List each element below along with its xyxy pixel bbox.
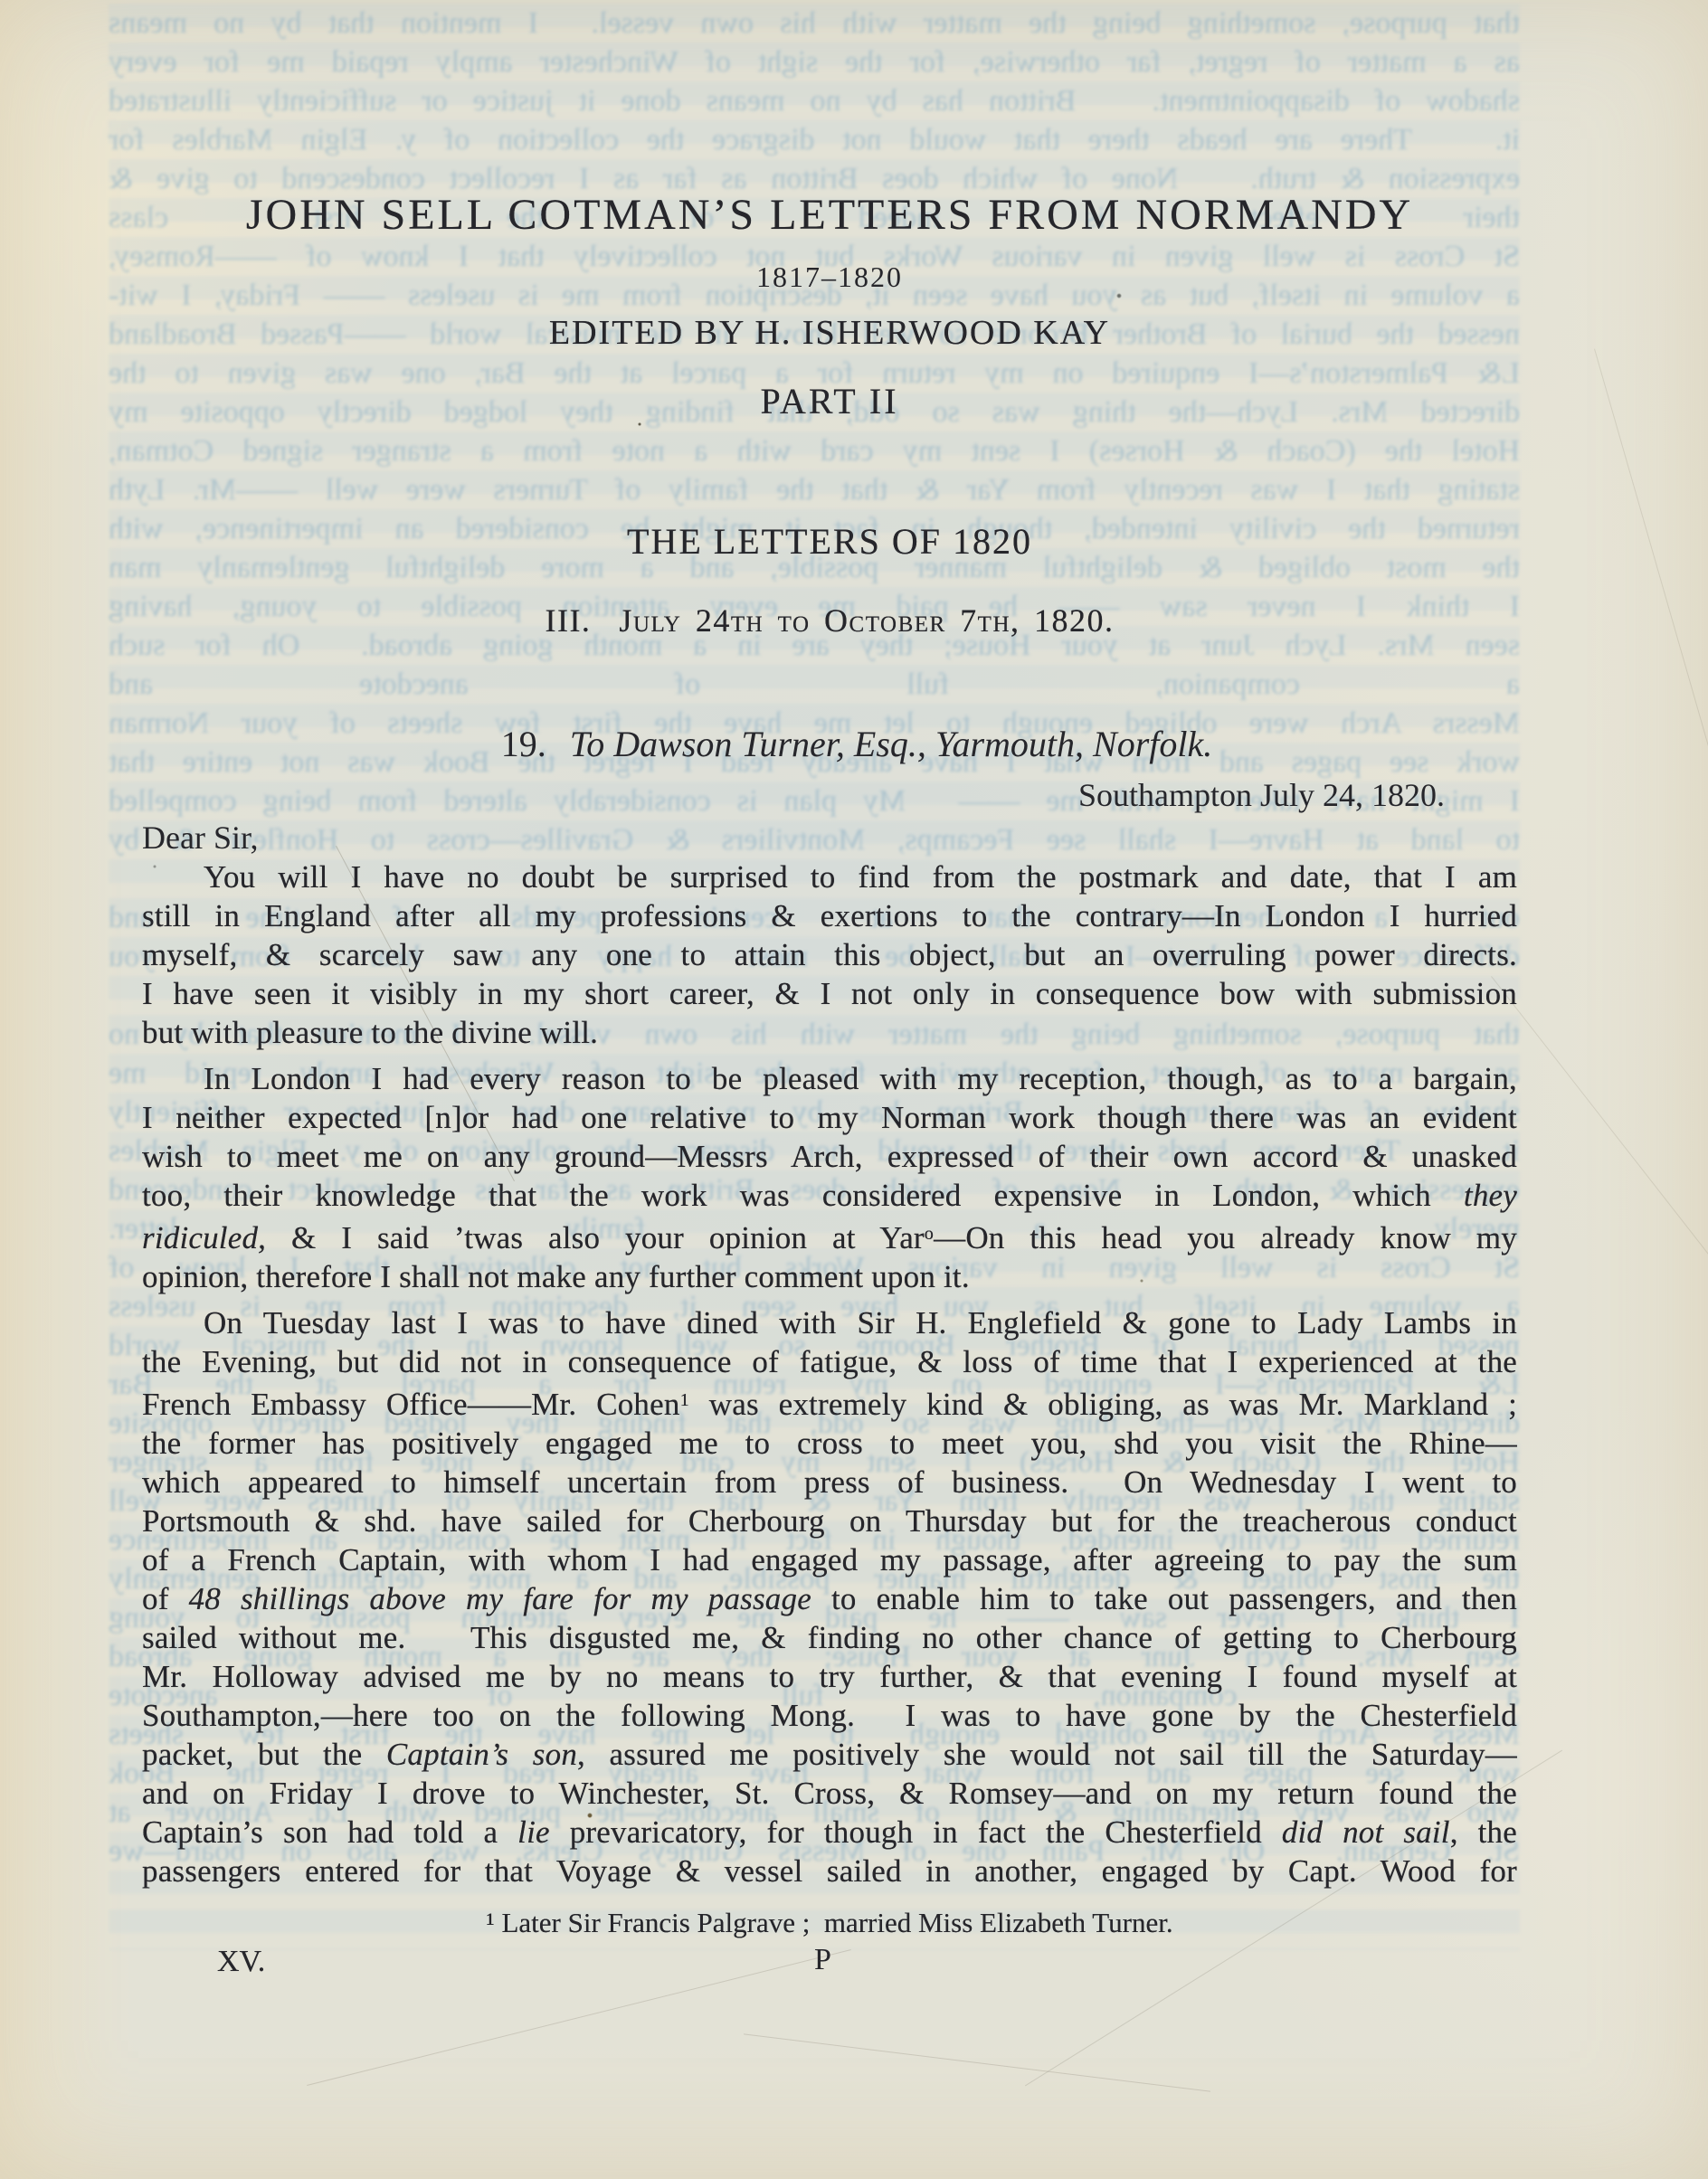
text-run: 48 shillings above my fare for my passag… bbox=[189, 1581, 811, 1616]
letter-line: too, their knowledge that the work was c… bbox=[142, 1176, 1517, 1215]
letter-line: French Embassy Office——Mr. Cohen1 was ex… bbox=[142, 1381, 1517, 1424]
text-run: French Embassy Office——Mr. Cohen bbox=[142, 1387, 680, 1422]
text-run: , assured me positively she would not sa… bbox=[577, 1737, 1517, 1772]
text-run: Portsmouth & shd. have sailed for Cherbo… bbox=[142, 1503, 1517, 1539]
letter-line: the former has positively engaged me to … bbox=[142, 1424, 1517, 1463]
text-run: and on Friday I drove to Winchester, St.… bbox=[142, 1776, 1517, 1811]
letter-line: still in England after all my profession… bbox=[142, 896, 1517, 935]
letter-line: On Tuesday last I was to have dined with… bbox=[142, 1303, 1517, 1342]
letter-line: sailed without me. This disgusted me, & … bbox=[142, 1618, 1517, 1657]
letter-body: You will I have no doubt be surprised to… bbox=[142, 857, 1517, 1898]
text-run: In London I had every reason to be pleas… bbox=[204, 1061, 1517, 1096]
text-run: too, their knowledge that the work was c… bbox=[142, 1178, 1464, 1213]
date-range-heading: 1817–1820 bbox=[142, 261, 1517, 294]
text-run: but with pleasure to the divine will. bbox=[142, 1015, 598, 1050]
letter-line: of a French Captain, with whom I had eng… bbox=[142, 1540, 1517, 1579]
text-run: & I said ’twas also your opinion at Yar bbox=[266, 1220, 925, 1255]
letter-line: packet, but the Captain’s son, assured m… bbox=[142, 1735, 1517, 1774]
text-run: passengers entered for that Voyage & ves… bbox=[142, 1853, 1517, 1889]
text-run: Southampton,—here too on the following M… bbox=[142, 1698, 1517, 1733]
text-run: the former has positively engaged me to … bbox=[142, 1426, 1517, 1461]
letter-line: I have seen it visibly in my short caree… bbox=[142, 974, 1517, 1013]
text-run: Captain’s son bbox=[386, 1737, 577, 1772]
letter-line: myself, & scarcely saw any one to attain… bbox=[142, 935, 1517, 974]
letter-line: which appeared to himself uncertain from… bbox=[142, 1463, 1517, 1502]
editor-heading: EDITED BY H. ISHERWOOD KAY bbox=[142, 313, 1517, 353]
letter-line: Mr. Holloway advised me by no means to t… bbox=[142, 1657, 1517, 1696]
text-run: wish to meet me on any ground—Messrs Arc… bbox=[142, 1139, 1517, 1174]
text-run: I have seen it visibly in my short caree… bbox=[142, 976, 1517, 1011]
text-run: I neither expected [n]or had one relativ… bbox=[142, 1100, 1517, 1135]
superscript: o bbox=[925, 1224, 934, 1244]
letter-line: passengers entered for that Voyage & ves… bbox=[142, 1852, 1517, 1890]
letter-line: Portsmouth & shd. have sailed for Cherbo… bbox=[142, 1502, 1517, 1540]
letter-line: Southampton,—here too on the following M… bbox=[142, 1696, 1517, 1735]
letter-line: Captain’s son had told a lie prevaricato… bbox=[142, 1813, 1517, 1852]
text-run: to enable him to take out passengers, an… bbox=[811, 1581, 1517, 1616]
text-run: sailed without me. This disgusted me, & … bbox=[142, 1620, 1517, 1655]
text-run: of bbox=[142, 1581, 189, 1616]
page-title: JOHN SELL COTMAN’S LETTERS FROM NORMANDY bbox=[142, 190, 1517, 240]
text-run: still in England after all my profession… bbox=[142, 898, 1517, 933]
superscript: 1 bbox=[680, 1390, 689, 1410]
text-run: You will I have no doubt be surprised to… bbox=[204, 859, 1517, 895]
letter-line: of 48 shillings above my fare for my pas… bbox=[142, 1579, 1517, 1618]
scratch-mark bbox=[1594, 348, 1708, 1027]
letter-line: opinion, therefore I shall not make any … bbox=[142, 1257, 1517, 1296]
text-run: Mr. Holloway advised me by no means to t… bbox=[142, 1659, 1517, 1694]
footnote: ¹ Later Sir Francis Palgrave ; married M… bbox=[142, 1907, 1517, 1939]
section-heading: III. July 24th to October 7th, 1820. bbox=[142, 602, 1517, 639]
letter-title: To Dawson Turner, Esq., Yarmouth, Norfol… bbox=[570, 724, 1213, 764]
scanned-page: that purpose, something being the matter… bbox=[0, 0, 1708, 2179]
text-run: of a French Captain, with whom I had eng… bbox=[142, 1542, 1517, 1577]
text-run: —On this head you already know my bbox=[934, 1220, 1517, 1255]
text-run: did not sail bbox=[1282, 1814, 1450, 1850]
letter-number: 19. bbox=[501, 724, 546, 764]
text-run: was extremely kind & obliging, as was Mr… bbox=[689, 1387, 1517, 1422]
part-subtitle-heading: THE LETTERS OF 1820 bbox=[142, 520, 1517, 563]
letter-line: the Evening, but did not in consequence … bbox=[142, 1342, 1517, 1381]
text-block: JOHN SELL COTMAN’S LETTERS FROM NORMANDY… bbox=[142, 0, 1517, 2179]
letter-line: but with pleasure to the divine will. bbox=[142, 1013, 1517, 1052]
text-run: On Tuesday last I was to have dined with… bbox=[204, 1305, 1517, 1341]
text-run: opinion, therefore I shall not make any … bbox=[142, 1259, 970, 1294]
text-run: , the bbox=[1450, 1814, 1517, 1850]
text-run: ridiculed, bbox=[142, 1220, 266, 1255]
volume-signature: XV. bbox=[217, 1945, 265, 1979]
text-run: Captain’s son had told a bbox=[142, 1814, 517, 1850]
letter-line: In London I had every reason to be pleas… bbox=[142, 1059, 1517, 1098]
part-heading: PART II bbox=[142, 380, 1517, 422]
letter-line: ridiculed, & I said ’twas also your opin… bbox=[142, 1215, 1517, 1257]
text-run: myself, & scarcely saw any one to attain… bbox=[142, 937, 1517, 972]
letter-line: wish to meet me on any ground—Messrs Arc… bbox=[142, 1137, 1517, 1176]
text-run: they bbox=[1464, 1178, 1517, 1213]
paragraph: You will I have no doubt be surprised to… bbox=[142, 857, 1517, 1052]
dateline: Southampton July 24, 1820. bbox=[142, 776, 1517, 814]
salutation: Dear Sir, bbox=[142, 819, 259, 857]
scratch-mark bbox=[1491, 976, 1708, 1304]
text-run: prevaricatory, for though in fact the Ch… bbox=[550, 1814, 1282, 1850]
letter-line: You will I have no doubt be surprised to… bbox=[142, 857, 1517, 896]
text-run: the Evening, but did not in consequence … bbox=[142, 1344, 1517, 1379]
text-run: which appeared to himself uncertain from… bbox=[142, 1464, 1517, 1500]
text-run: packet, but the bbox=[142, 1737, 386, 1772]
paragraph: In London I had every reason to be pleas… bbox=[142, 1059, 1517, 1296]
letter-line: and on Friday I drove to Winchester, St.… bbox=[142, 1774, 1517, 1813]
paragraph: On Tuesday last I was to have dined with… bbox=[142, 1303, 1517, 1890]
text-run: lie bbox=[517, 1814, 550, 1850]
gathering-signature: P bbox=[814, 1943, 831, 1977]
letter-line: I neither expected [n]or had one relativ… bbox=[142, 1098, 1517, 1137]
